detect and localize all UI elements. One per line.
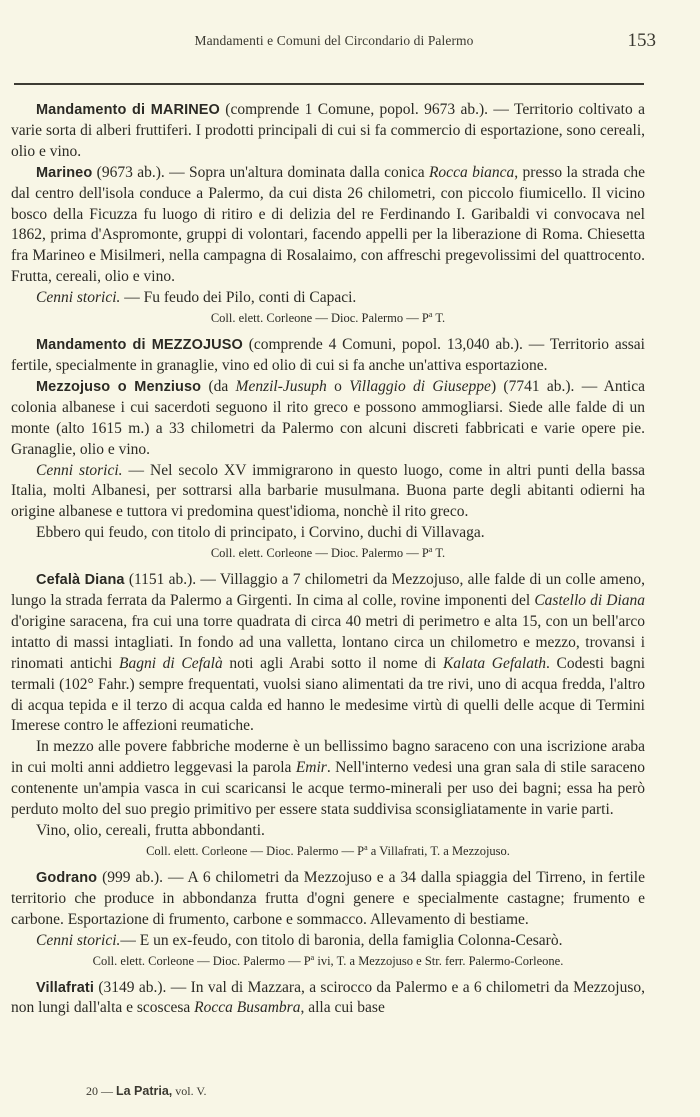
signature-footer: 20 — La Patria, vol. V. [86, 1084, 207, 1099]
comune-godrano: Godrano (999 ab.). — A 6 chilometri da M… [11, 868, 645, 931]
collegio-line: Coll. elett. Corleone — Dioc. Palermo — … [11, 309, 645, 328]
cenni-storici-marineo: Cenni storici. — Fu feudo dei Pilo, cont… [11, 288, 645, 309]
section-heading: Mandamento di MEZZOJUSO [36, 337, 243, 353]
collegio-line: Coll. elett. Corleone — Dioc. Palermo — … [11, 544, 645, 563]
comune-marineo: Marineo (9673 ab.). — Sopra un'altura do… [11, 163, 645, 288]
book-page: Mandamenti e Comuni del Circondario di P… [0, 0, 700, 1117]
mandamento-mezzojuso-intro: Mandamento di MEZZOJUSO (comprende 4 Com… [11, 335, 645, 377]
publication-title: La Patria, [116, 1084, 172, 1098]
running-head: Mandamenti e Comuni del Circondario di P… [14, 30, 644, 52]
comune-name: Mezzojuso o Menziuso [36, 379, 201, 395]
comune-mezzojuso: Mezzojuso o Menziuso (da Menzil-Jusuph o… [11, 377, 645, 461]
page-number: 153 [628, 30, 657, 52]
collegio-line: Coll. elett. Corleone — Dioc. Palermo — … [11, 952, 645, 971]
feudo-note: Ebbero qui feudo, con titolo di principa… [11, 523, 645, 544]
cefala-bagno-saraceno: In mezzo alle povere fabbriche moderne è… [11, 737, 645, 821]
mandamento-marineo-intro: Mandamento di MARINEO (comprende 1 Comun… [11, 100, 645, 163]
comune-villafrati: Villafrati (3149 ab.). — In val di Mazza… [11, 978, 645, 1020]
collegio-line: Coll. elett. Corleone — Dioc. Palermo — … [11, 842, 645, 861]
comune-cefala-diana: Cefalà Diana (1151 ab.). — Villaggio a 7… [11, 570, 645, 737]
cefala-products: Vino, olio, cereali, frutta abbondanti. [11, 821, 645, 842]
header-rule [14, 83, 644, 85]
comune-name: Marineo [36, 165, 92, 181]
running-title: Mandamenti e Comuni del Circondario di P… [14, 33, 654, 49]
comune-name: Villafrati [36, 980, 94, 996]
comune-name: Godrano [36, 870, 97, 886]
comune-name: Cefalà Diana [36, 572, 125, 588]
cenni-storici-godrano: Cenni storici.— E un ex-feudo, con titol… [11, 931, 645, 952]
cenni-storici-mezzojuso: Cenni storici. — Nel secolo XV immigraro… [11, 461, 645, 524]
page-body: Mandamento di MARINEO (comprende 1 Comun… [11, 88, 645, 1019]
section-heading: Mandamento di MARINEO [36, 102, 220, 118]
